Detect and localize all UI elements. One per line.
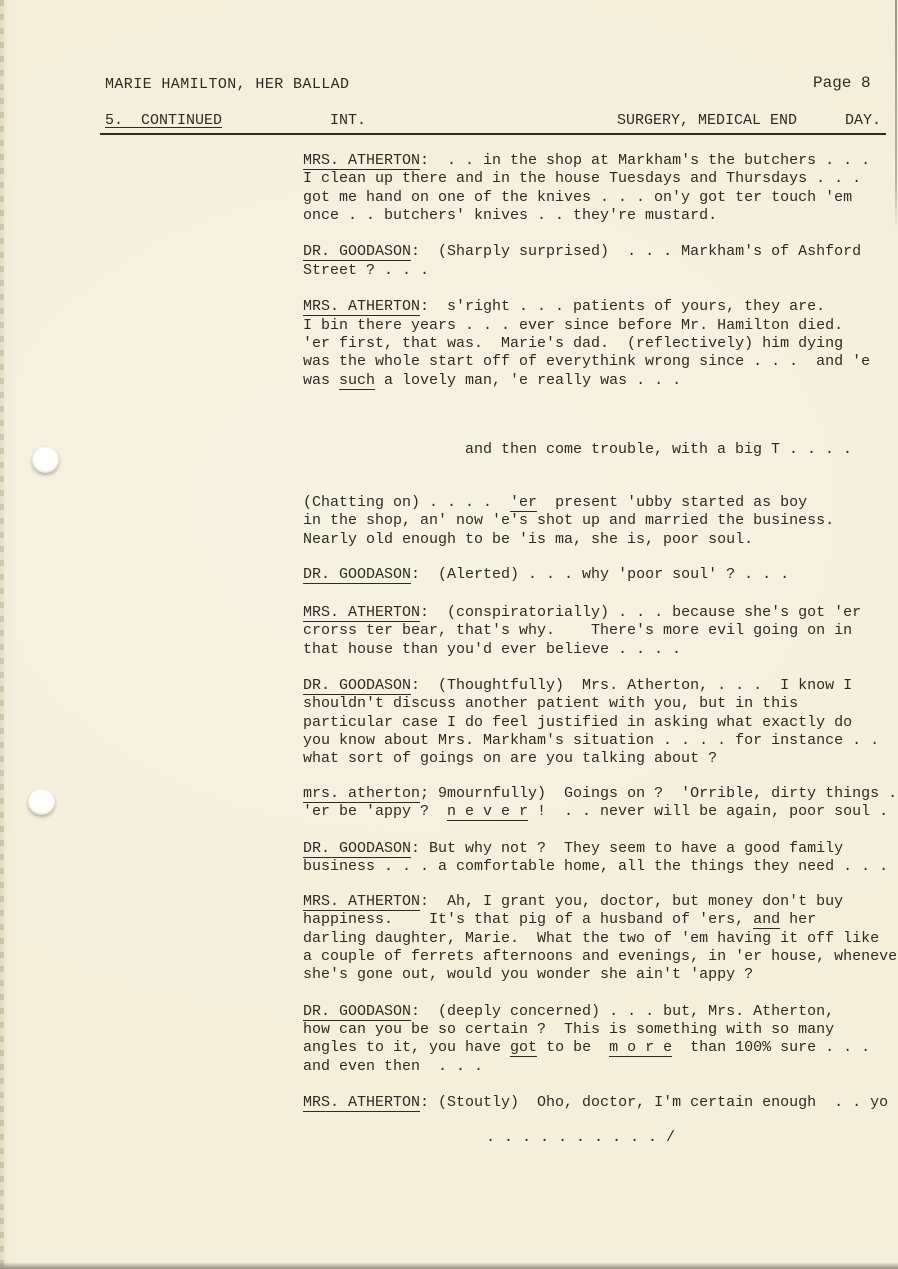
script-line: got me hand on one of the knives . . . o… xyxy=(303,189,898,207)
script-text: got me hand on one of the knives . . . o… xyxy=(303,189,852,206)
scene-number-continued: 5. CONTINUED xyxy=(105,112,222,129)
dialogue-block: MRS. ATHERTON: (Stoutly) Oho, doctor, I'… xyxy=(303,1094,898,1112)
underlined-text: MRS. ATHERTON xyxy=(303,893,420,911)
script-text: you know about Mrs. Markham's situation … xyxy=(303,732,879,749)
underlined-text: MRS. ATHERTON xyxy=(303,298,420,316)
dialogue-block: DR. GOODASON: But why not ? They seem to… xyxy=(303,840,898,877)
script-text: she's gone out, would you wonder she ain… xyxy=(303,966,753,983)
underlined-text: DR. GOODASON xyxy=(303,677,411,695)
scene-time: DAY. xyxy=(845,112,881,129)
script-text: : (Stoutly) Oho, doctor, I'm certain eno… xyxy=(420,1094,888,1111)
script-text: what sort of goings on are you talking a… xyxy=(303,750,717,767)
script-text: : (Thoughtfully) Mrs. Atherton, . . . I … xyxy=(411,677,852,694)
underlined-text: MRS. ATHERTON xyxy=(303,152,420,170)
script-text: a lovely man, 'e really was . . . xyxy=(375,372,681,389)
script-text: and then come trouble, with a big T . . … xyxy=(465,441,852,458)
script-line: how can you be so certain ? This is some… xyxy=(303,1021,898,1039)
script-text: ; 9mournfully) Goings on ? 'Orrible, dir… xyxy=(420,785,897,802)
script-line: MRS. ATHERTON: s'right . . . patients of… xyxy=(303,298,898,316)
script-line: angles to it, you have got to be m o r e… xyxy=(303,1039,898,1057)
dialogue-block: DR. GOODASON: (Thoughtfully) Mrs. Athert… xyxy=(303,677,898,768)
underlined-text: m o r e xyxy=(609,1039,672,1057)
script-line: Nearly old enough to be 'is ma, she is, … xyxy=(303,531,898,549)
script-text: her xyxy=(780,911,816,928)
scan-left-edge xyxy=(0,0,4,1269)
underlined-text: got xyxy=(510,1039,537,1057)
dialogue-block: MRS. ATHERTON: (conspiratorially) . . . … xyxy=(303,604,898,659)
script-line: 'er first, that was. Marie's dad. (refle… xyxy=(303,335,898,353)
script-text: : (Sharply surprised) . . . Markham's of… xyxy=(411,243,861,260)
underlined-text: 'er xyxy=(510,494,537,512)
script-text: was xyxy=(303,372,339,389)
script-text: and even then . . . xyxy=(303,1058,483,1075)
script-line: was the whole start off of everythink wr… xyxy=(303,353,898,371)
dialogue-block: MRS. ATHERTON: . . in the shop at Markha… xyxy=(303,152,898,225)
script-text: : (Alerted) . . . why 'poor soul' ? . . … xyxy=(411,566,789,583)
script-line: a couple of ferrets afternoons and eveni… xyxy=(303,948,898,966)
underlined-text: MRS. ATHERTON xyxy=(303,1094,420,1112)
script-line: . . . . . . . . . . / xyxy=(486,1129,898,1147)
script-text: angles to it, you have xyxy=(303,1039,510,1056)
script-text: : But why not ? They seem to have a good… xyxy=(411,840,843,857)
script-line: in the shop, an' now 'e's shot up and ma… xyxy=(303,512,898,530)
script-text: (Chatting on) . . . . xyxy=(303,494,510,511)
script-text: 'er be 'appy ? xyxy=(303,803,447,820)
script-text: present 'ubby started as boy xyxy=(537,494,807,511)
script-line: she's gone out, would you wonder she ain… xyxy=(303,966,898,984)
script-line: and even then . . . xyxy=(303,1058,898,1076)
script-text: Nearly old enough to be 'is ma, she is, … xyxy=(303,531,753,548)
script-text: than 100% sure . . . xyxy=(672,1039,870,1056)
script-line: was such a lovely man, 'e really was . .… xyxy=(303,372,898,390)
underlined-text: DR. GOODASON xyxy=(303,1003,411,1021)
script-line: (Chatting on) . . . . 'er present 'ubby … xyxy=(303,494,898,512)
script-text: was the whole start off of everythink wr… xyxy=(303,353,870,370)
script-line: Street ? . . . xyxy=(303,262,898,280)
punch-hole-top xyxy=(32,447,59,473)
script-line: once . . butchers' knives . . they're mu… xyxy=(303,207,898,225)
page-number: Page 8 xyxy=(813,74,871,92)
script-text: : Ah, I grant you, doctor, but money don… xyxy=(420,893,843,910)
script-line: that house than you'd ever believe . . .… xyxy=(303,641,898,659)
underlined-text: DR. GOODASON xyxy=(303,243,411,261)
dialogue-block: MRS. ATHERTON: s'right . . . patients of… xyxy=(303,298,898,389)
script-line: 'er be 'appy ? n e v e r ! . . never wil… xyxy=(303,803,898,821)
script-text: 'er first, that was. Marie's dad. (refle… xyxy=(303,335,843,352)
script-line: MRS. ATHERTON: . . in the shop at Markha… xyxy=(303,152,898,170)
underlined-text: and xyxy=(753,911,780,929)
script-line: and then come trouble, with a big T . . … xyxy=(465,441,898,459)
dialogue-block: . . . . . . . . . . / xyxy=(303,1129,898,1147)
script-line: happiness. It's that pig of a husband of… xyxy=(303,911,898,929)
script-text: that house than you'd ever believe . . .… xyxy=(303,641,681,658)
script-text: happiness. It's that pig of a husband of… xyxy=(303,911,753,928)
script-line: business . . . a comfortable home, all t… xyxy=(303,858,898,876)
punch-hole-bottom xyxy=(28,789,55,815)
script-text: crorss ter bear, that's why. There's mor… xyxy=(303,622,852,639)
script-text: I bin there years . . . ever since befor… xyxy=(303,317,843,334)
dialogue-block: and then come trouble, with a big T . . … xyxy=(303,441,898,459)
dialogue-block: DR. GOODASON: (Alerted) . . . why 'poor … xyxy=(303,566,898,584)
script-line: darling daughter, Marie. What the two of… xyxy=(303,930,898,948)
script-text: . . . . . . . . . . / xyxy=(486,1129,675,1146)
dialogue-block: MRS. ATHERTON: Ah, I grant you, doctor, … xyxy=(303,893,898,984)
script-line: MRS. ATHERTON: (conspiratorially) . . . … xyxy=(303,604,898,622)
scene-interior-label: INT. xyxy=(330,112,366,129)
underlined-text: DR. GOODASON xyxy=(303,840,411,858)
scan-bottom-edge xyxy=(0,1262,898,1269)
script-text: : . . in the shop at Markham's the butch… xyxy=(420,152,870,169)
script-text: : (conspiratorially) . . . because she's… xyxy=(420,604,861,621)
script-text: shouldn't discuss another patient with y… xyxy=(303,695,798,712)
script-line: I bin there years . . . ever since befor… xyxy=(303,317,898,335)
script-line: MRS. ATHERTON: (Stoutly) Oho, doctor, I'… xyxy=(303,1094,898,1112)
script-line: you know about Mrs. Markham's situation … xyxy=(303,732,898,750)
underlined-text: mrs. atherton xyxy=(303,785,420,803)
script-line: crorss ter bear, that's why. There's mor… xyxy=(303,622,898,640)
document-title: MARIE HAMILTON, HER BALLAD xyxy=(105,76,349,93)
script-text: to be xyxy=(537,1039,609,1056)
underlined-text: MRS. ATHERTON xyxy=(303,604,420,622)
script-line: DR. GOODASON: But why not ? They seem to… xyxy=(303,840,898,858)
dialogue-block: (Chatting on) . . . . 'er present 'ubby … xyxy=(303,494,898,549)
script-text: I clean up there and in the house Tuesda… xyxy=(303,170,861,187)
script-line: I clean up there and in the house Tuesda… xyxy=(303,170,898,188)
script-line: DR. GOODASON: (Thoughtfully) Mrs. Athert… xyxy=(303,677,898,695)
script-line: shouldn't discuss another patient with y… xyxy=(303,695,898,713)
script-text: in the shop, an' now 'e's shot up and ma… xyxy=(303,512,834,529)
script-page: MARIE HAMILTON, HER BALLAD Page 8 5. CON… xyxy=(0,0,898,1269)
underlined-text: DR. GOODASON xyxy=(303,566,411,584)
scene-location: SURGERY, MEDICAL END xyxy=(617,112,797,129)
dialogue-block: DR. GOODASON: (deeply concerned) . . . b… xyxy=(303,1003,898,1076)
script-text: : (deeply concerned) . . . but, Mrs. Ath… xyxy=(411,1003,834,1020)
script-line: particular case I do feel justified in a… xyxy=(303,714,898,732)
dialogue-block: DR. GOODASON: (Sharply surprised) . . . … xyxy=(303,243,898,280)
script-text: : s'right . . . patients of yours, they … xyxy=(420,298,825,315)
script-line: DR. GOODASON: (deeply concerned) . . . b… xyxy=(303,1003,898,1021)
script-line: DR. GOODASON: (Sharply surprised) . . . … xyxy=(303,243,898,261)
script-text: particular case I do feel justified in a… xyxy=(303,714,852,731)
script-line: what sort of goings on are you talking a… xyxy=(303,750,898,768)
script-text: ! . . never will be again, poor soul . xyxy=(528,803,888,820)
script-line: MRS. ATHERTON: Ah, I grant you, doctor, … xyxy=(303,893,898,911)
underlined-text: such xyxy=(339,372,375,390)
dialogue-block: mrs. atherton; 9mournfully) Goings on ? … xyxy=(303,785,898,822)
script-line: DR. GOODASON: (Alerted) . . . why 'poor … xyxy=(303,566,898,584)
dialogue-column: MRS. ATHERTON: . . in the shop at Markha… xyxy=(303,152,898,1147)
script-text: once . . butchers' knives . . they're mu… xyxy=(303,207,717,224)
underlined-text: n e v e r xyxy=(447,803,528,821)
script-text: how can you be so certain ? This is some… xyxy=(303,1021,834,1038)
script-line: mrs. atherton; 9mournfully) Goings on ? … xyxy=(303,785,898,803)
script-text: a couple of ferrets afternoons and eveni… xyxy=(303,948,898,965)
scene-heading: 5. CONTINUED INT. SURGERY, MEDICAL END D… xyxy=(100,112,886,135)
script-text: Street ? . . . xyxy=(303,262,429,279)
script-text: darling daughter, Marie. What the two of… xyxy=(303,930,879,947)
script-text: business . . . a comfortable home, all t… xyxy=(303,858,888,875)
